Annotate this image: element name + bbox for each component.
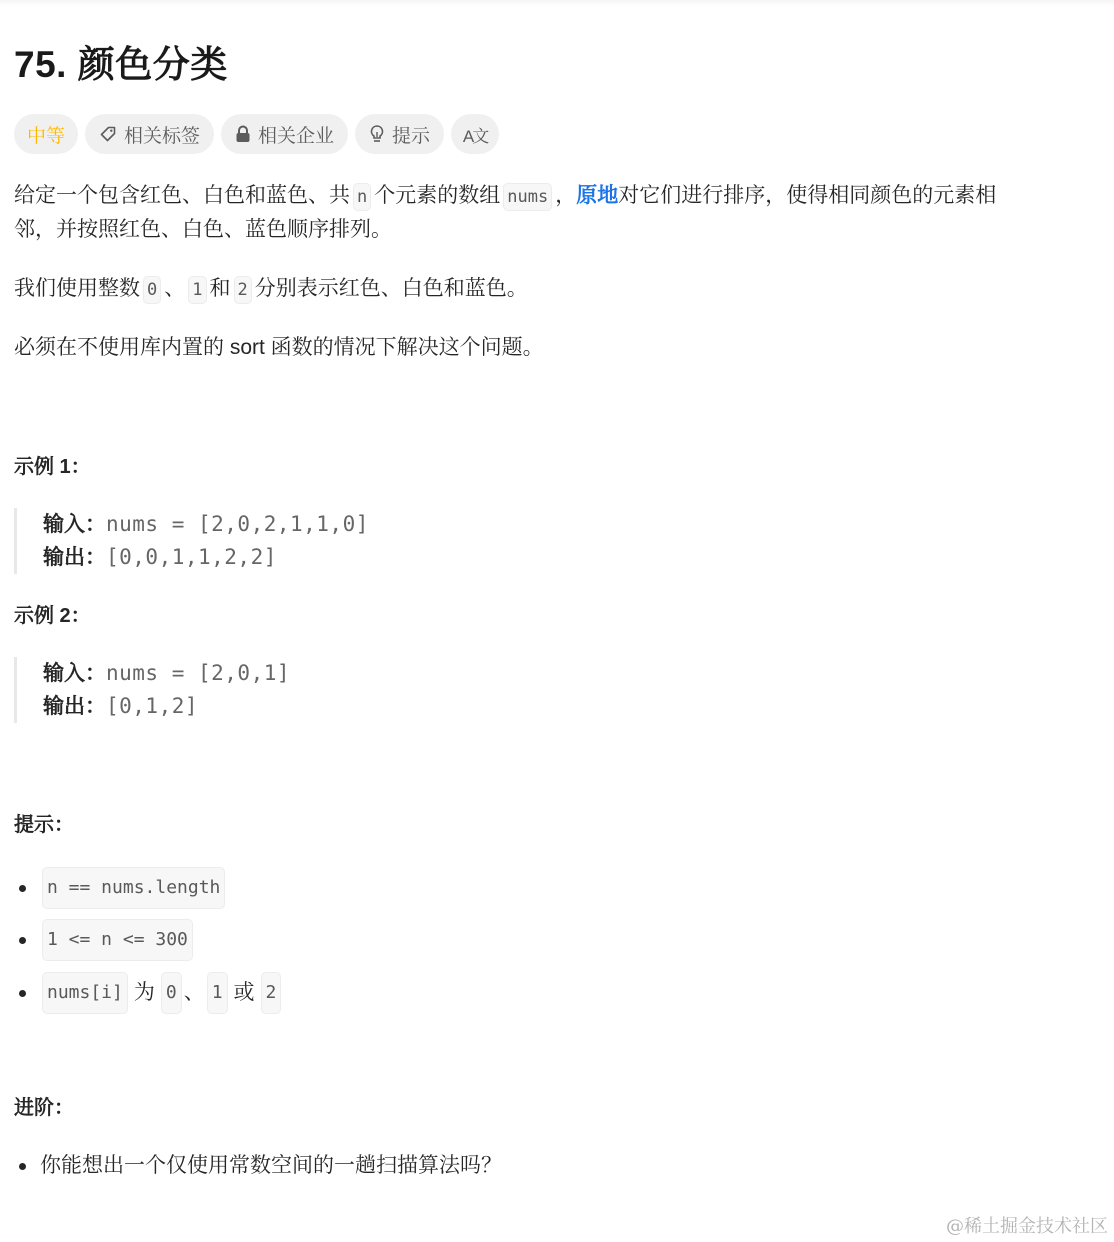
related-tags-button[interactable]: 相关标签 bbox=[85, 114, 214, 154]
hint-button[interactable]: 提示 bbox=[355, 114, 444, 154]
constraint-item: 1 <= n <= 300 bbox=[14, 919, 195, 961]
related-tags-label: 相关标签 bbox=[124, 121, 200, 148]
problem-chips: 中等 相关标签 相关企业 提示 A文 bbox=[14, 114, 499, 154]
bullet-icon bbox=[19, 1163, 26, 1170]
translate-icon: A文 bbox=[463, 122, 487, 147]
example-1-input: 输入：nums = [2,0,2,1,1,0] bbox=[43, 508, 614, 541]
followup-heading: 进阶： bbox=[14, 1094, 74, 1122]
example-2-block: 输入：nums = [2,0,1] 输出：[0,1,2] bbox=[14, 657, 614, 723]
bullet-icon bbox=[19, 990, 26, 997]
translate-button[interactable]: A文 bbox=[451, 114, 499, 154]
tag-icon bbox=[99, 125, 117, 143]
example-1-block: 输入：nums = [2,0,2,1,1,0] 输出：[0,0,1,1,2,2] bbox=[14, 508, 614, 574]
bullet-icon bbox=[19, 885, 26, 892]
problem-title: 75. 颜色分类 bbox=[14, 40, 228, 90]
inline-code-2: 2 bbox=[234, 276, 252, 304]
description-paragraph-1: 给定一个包含红色、白色和蓝色、共n个元素的数组nums，原地对它们进行排序，使得… bbox=[14, 179, 996, 214]
inline-code-n: n bbox=[353, 183, 371, 211]
hint-label: 提示 bbox=[392, 121, 430, 148]
followup-item: 你能想出一个仅使用常数空间的一趟扫描算法吗？ bbox=[14, 1149, 502, 1183]
related-companies-label: 相关企业 bbox=[258, 121, 334, 148]
example-2-heading: 示例 2： bbox=[14, 602, 91, 630]
lock-icon bbox=[235, 125, 251, 143]
description-paragraph-2: 我们使用整数0、1和2分别表示红色、白色和蓝色。 bbox=[14, 272, 528, 307]
constraint-item: nums[i] 为 0 、 1 或 2 bbox=[14, 972, 283, 1014]
example-1-heading: 示例 1： bbox=[14, 453, 91, 481]
watermark: @稀土掘金技术社区 bbox=[946, 1212, 1108, 1238]
inline-code-0: 0 bbox=[143, 276, 161, 304]
lightbulb-icon bbox=[369, 124, 385, 144]
example-2-output: 输出：[0,1,2] bbox=[43, 690, 614, 723]
in-place-link[interactable]: 原地 bbox=[576, 184, 618, 207]
example-1-output: 输出：[0,0,1,1,2,2] bbox=[43, 541, 614, 574]
constraint-item: n == nums.length bbox=[14, 867, 227, 909]
top-edge bbox=[0, 0, 1114, 6]
description-paragraph-1-cont: 邻，并按照红色、白色、蓝色顺序排列。 bbox=[14, 213, 392, 247]
description-paragraph-3: 必须在不使用库内置的 sort 函数的情况下解决这个问题。 bbox=[14, 331, 544, 365]
inline-code-1: 1 bbox=[188, 276, 206, 304]
difficulty-badge: 中等 bbox=[14, 114, 78, 154]
difficulty-label: 中等 bbox=[27, 121, 65, 148]
example-2-input: 输入：nums = [2,0,1] bbox=[43, 657, 614, 690]
bullet-icon bbox=[19, 937, 26, 944]
constraints-heading: 提示： bbox=[14, 811, 74, 839]
inline-code-nums: nums bbox=[503, 183, 552, 211]
related-companies-button[interactable]: 相关企业 bbox=[221, 114, 348, 154]
